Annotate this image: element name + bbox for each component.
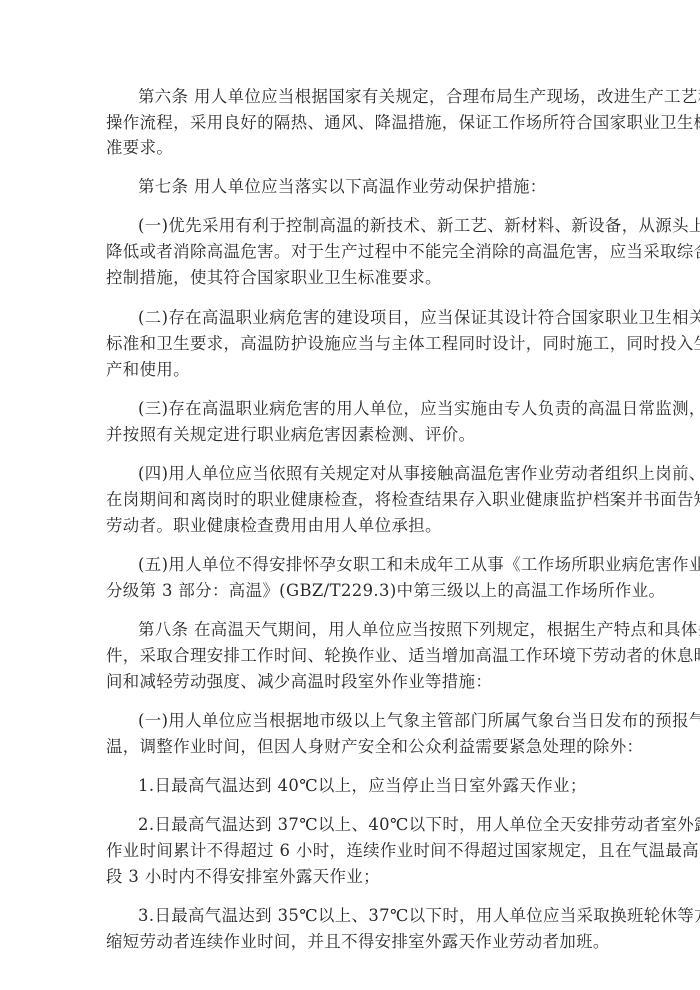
text-line: 第七条 用人单位应当落实以下高温作业劳动保护措施： [138, 176, 594, 198]
text-line: (三)存在高温职业病危害的用人单位，应当实施由专人负责的高温日常监测， [138, 398, 594, 420]
text-line: (一)优先采用有利于控制高温的新技术、新工艺、新材料、新设备，从源头上 [138, 215, 594, 237]
text-line: 缩短劳动者连续作业时间，并且不得安排室外露天作业劳动者加班。 [106, 931, 594, 953]
text-line: (四)用人单位应当依照有关规定对从事接触高温危害作业劳动者组织上岗前、 [138, 463, 594, 485]
text-line: 件，采取合理安排工作时间、轮换作业、适当增加高温工作环境下劳动者的休息时 [106, 645, 594, 667]
text-line: 劳动者。职业健康检查费用由用人单位承担。 [106, 515, 594, 537]
text-line: 并按照有关规定进行职业病危害因素检测、评价。 [106, 424, 594, 446]
text-line: 在岗期间和离岗时的职业健康检查，将检查结果存入职业健康监护档案并书面告知 [106, 489, 594, 511]
text-line: 第六条 用人单位应当根据国家有关规定，合理布局生产现场，改进生产工艺和 [138, 86, 594, 108]
text-line: 分级第 3 部分：高温》(GBZ/T229.3)中第三级以上的高温工作场所作业。 [106, 580, 594, 602]
text-line: 控制措施，使其符合国家职业卫生标准要求。 [106, 267, 594, 289]
text-line: (一)用人单位应当根据地市级以上气象主管部门所属气象台当日发布的预报气 [138, 710, 594, 732]
document-page: 第六条 用人单位应当根据国家有关规定，合理布局生产现场，改进生产工艺和 操作流程… [0, 0, 700, 990]
text-line: 准要求。 [106, 137, 594, 159]
text-line: (五)用人单位不得安排怀孕女职工和未成年工从事《工作场所职业病危害作业 [138, 554, 594, 576]
text-line: (二)存在高温职业病危害的建设项目，应当保证其设计符合国家职业卫生相关 [138, 307, 594, 329]
text-line: 段 3 小时内不得安排室外露天作业； [106, 866, 594, 888]
text-line: 降低或者消除高温危害。对于生产过程中不能完全消除的高温危害，应当采取综合 [106, 241, 594, 263]
text-line: 第八条 在高温天气期间，用人单位应当按照下列规定，根据生产特点和具体条 [138, 619, 594, 641]
text-line: 作业时间累计不得超过 6 小时，连续作业时间不得超过国家规定，且在气温最高时 [106, 840, 594, 862]
text-line: 产和使用。 [106, 359, 594, 381]
text-line: 标准和卫生要求，高温防护设施应当与主体工程同时设计，同时施工，同时投入生 [106, 333, 594, 355]
text-line: 3.日最高气温达到 35℃以上、37℃以下时，用人单位应当采取换班轮休等方式， [138, 905, 594, 927]
text-line: 1.日最高气温达到 40℃以上，应当停止当日室外露天作业； [138, 775, 594, 797]
text-line: 操作流程，采用良好的隔热、通风、降温措施，保证工作场所符合国家职业卫生标 [106, 112, 594, 134]
text-line: 2.日最高气温达到 37℃以上、40℃以下时，用人单位全天安排劳动者室外露天 [138, 814, 594, 836]
text-line: 温，调整作业时间，但因人身财产安全和公众利益需要紧急处理的除外： [106, 736, 594, 758]
text-line: 间和减轻劳动强度、减少高温时段室外作业等措施： [106, 671, 594, 693]
